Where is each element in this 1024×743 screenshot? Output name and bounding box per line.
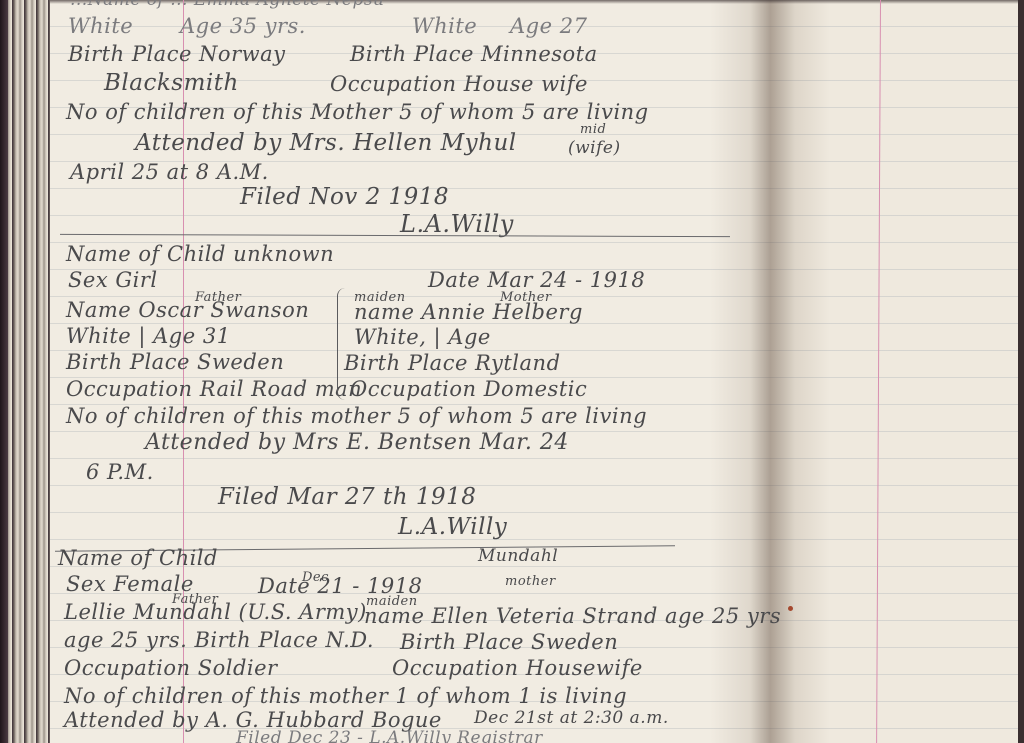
record2-father-name: Name Oscar Swanson <box>66 298 309 322</box>
ink-stain <box>788 606 793 611</box>
record1-filed-date: Filed Nov 2 1918 <box>240 184 449 210</box>
record2-attended-by: Attended by Mrs E. Bentsen Mar. 24 <box>145 430 569 455</box>
record3-mother-occupation: Occupation Housewife <box>392 656 643 680</box>
record1-father-occupation: Blacksmith <box>104 70 239 96</box>
open-ledger-book: ...Name of ... Emma Agnete Nepsu White A… <box>0 0 1024 743</box>
record2-father-birthplace: Birth Place Sweden <box>66 350 284 374</box>
record3-mother-label: mother <box>505 574 556 589</box>
record3-name-of-child: Name of Child <box>58 546 218 570</box>
record2-birth-time: 6 P.M. <box>86 460 154 484</box>
record2-filed-date: Filed Mar 27 th 1918 <box>218 484 476 510</box>
record1-attended-note-top: mid <box>580 122 606 137</box>
record3-father-age-birthplace: age 25 yrs. Birth Place N.D. <box>64 628 374 652</box>
record1-father-color: White <box>68 14 133 38</box>
record3-father-name: Lellie Mundahl (U.S. Army) <box>64 600 367 624</box>
record2-children-count: No of children of this mother 5 of whom … <box>66 404 647 428</box>
record1-registrar-signature: L.A.Willy <box>400 210 514 238</box>
record1-mother-occupation: Occupation House wife <box>330 72 588 96</box>
record3-father-occupation: Occupation Soldier <box>64 656 278 680</box>
record1-mother-age: Age 27 <box>510 14 587 38</box>
book-page-edges <box>0 0 50 743</box>
record1-attended-by: Attended by Mrs. Hellen Myhul <box>135 130 517 156</box>
record1-mother-birthplace: Birth Place Minnesota <box>350 42 598 66</box>
record3-mother-birthplace: Birth Place Sweden <box>400 630 618 654</box>
record2-mother-color-age: White, | Age <box>354 325 491 349</box>
record3-birth-time: Dec 21st at 2:30 a.m. <box>474 708 669 728</box>
record3-filed-registrar: Filed Dec 23 - L.A.Willy Registrar <box>236 728 543 743</box>
record1-birth-time: April 25 at 8 A.M. <box>70 160 269 184</box>
record1-partial-top-line: ...Name of ... Emma Agnete Nepsu <box>70 0 385 10</box>
record2-father-color-age: White | Age 31 <box>66 324 231 348</box>
record2-mother-occupation: Occupation Domestic <box>350 377 587 401</box>
record2-mother-name: name Annie Helberg <box>354 300 583 324</box>
record2-father-occupation: Occupation Rail Road man <box>66 377 362 401</box>
record3-mother-name: name Ellen Veteria Strand age 25 yrs <box>364 604 781 628</box>
right-page-blank <box>770 0 1018 743</box>
record2-sex: Sex Girl <box>68 268 158 292</box>
record3-children-count: No of children of this mother 1 of whom … <box>64 684 627 708</box>
book-cover-edge <box>1018 0 1024 743</box>
record2-name-of-child: Name of Child unknown <box>66 242 334 266</box>
record1-father-birthplace: Birth Place Norway <box>68 42 285 66</box>
record2-bracket <box>337 288 348 400</box>
record2-registrar-signature: L.A.Willy <box>398 514 507 540</box>
record1-attended-note-bottom: (wife) <box>568 138 621 158</box>
record1-father-age: Age 35 yrs. <box>180 14 306 38</box>
record3-surname-note: Mundahl <box>478 546 558 566</box>
record2-date: Date Mar 24 - 1918 <box>428 268 645 292</box>
record2-mother-birthplace: Birth Place Rytland <box>344 351 561 375</box>
record1-children-count: No of children of this Mother 5 of whom … <box>66 100 649 124</box>
record1-mother-color: White <box>412 14 477 38</box>
